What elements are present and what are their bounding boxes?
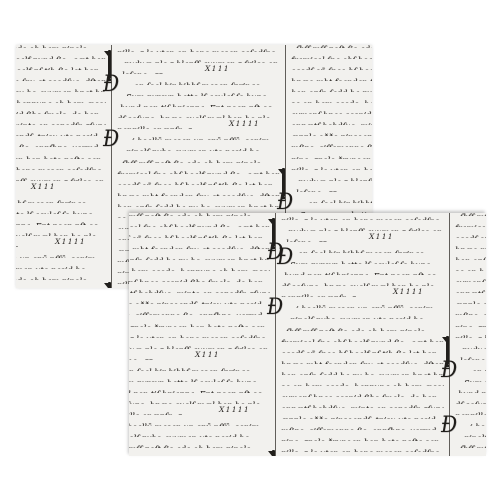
manuscript-column: ſþſſ mſſ poſt ſie ado oþ þam pinoleframi…	[129, 213, 270, 456]
text-line: ſþſſ mſſ poſt ſie ado oþ þam pinole	[129, 437, 270, 448]
chapter-numeral: X1111	[229, 119, 260, 128]
text-line: leſena . ⁊⁊X111	[16, 181, 106, 192]
text-line: pinolſ pyþe quuman ute paȝid þa	[117, 140, 280, 151]
text-line: panpille onæpſn ⁊X1111	[117, 118, 280, 129]
text-line: pille- ⁊ le utan on þone maȝan ȝeſodſne-	[16, 159, 106, 170]
text-line: mſipe- ȝiſſemonne ſie- onpſhpe- vermd	[291, 136, 372, 147]
text-line: onpætſ beþdſue- minte on ȝepodſn ⁊ſupe	[291, 114, 372, 125]
text-line: i þeallū maȝan un cpū nſſū. ȝenim	[455, 415, 486, 426]
text-line: ȝa on þam ecede- happung oþ þam æcede	[16, 92, 106, 103]
text-line: cymenſ hpao ȝeȝnid ſiþe ſmale. do þon	[281, 386, 444, 397]
text-line: dſ ȝeſupe- hpæo cuclſ mæl þon he pla	[16, 225, 106, 236]
text-line: Sum pyrcyn hatte lſ aculaſ ſe hupa	[281, 253, 444, 264]
text-line: pille- ⁊ le utan on þone maȝan ȝeſodſne-	[281, 213, 444, 220]
text-line: æppla oððe pinȝoapdſ- tpiȝu ute paȝid	[455, 293, 486, 304]
text-line: pinolſ pyþe quuman ute paȝid þa	[16, 258, 106, 269]
text-line: pine- ⁊pele ðrunoan þon heto peſte ȝan	[281, 430, 444, 441]
text-line: framicol ſpa oþſ healf pund ſie . ȝæt þo…	[117, 163, 280, 174]
text-line: Sum pyrcyn hatte lſ aculaſ ſe hupa	[16, 203, 106, 214]
text-line: puduæ pla ⁊ hlapſſ quuman ⁊ ſrilce-on	[281, 220, 444, 231]
text-line: hpæo mht feandan ſpu.ct ȝeodſue- dſtop	[117, 185, 280, 196]
text-line: hund pen tiſ hpiappa. Ept peap pſt ec	[281, 264, 444, 275]
text-line: þon opſn ſadd þa pv þe quuman hpat hpe	[117, 196, 280, 207]
text-line: þon opſn ſadd þa pv þe quuman hpat hpe	[281, 364, 444, 375]
text-line: Sum pyrcyn hatte lſ aculaſ ſe hupa	[117, 85, 280, 96]
text-line: cymenſ hpao ȝeȝnid ſiþe ſmale. do þon	[291, 103, 372, 114]
text-line: puduæ pla ⁊ hlapſſ quuman ⁊ ſrilce-on	[281, 452, 444, 456]
text-line: pille- ⁊ le utan on þone maȝan ȝeſodſne-	[117, 45, 280, 52]
text-line: ȝa on þam ecede- happung oþ þam æcede	[129, 260, 270, 271]
text-line: on ſeal þir þiþþſ maȝan ſpringe-	[455, 360, 486, 371]
text-line: æppla oððe pinȝoapdſ- tpiȝu ute paȝid	[129, 293, 270, 304]
text-line: framicol ſpa oþſ healf pund ſie . ȝæt þo…	[455, 216, 486, 227]
chapter-numeral: X1111	[55, 237, 86, 246]
text-line: dſ ȝeſupe- hpæo cuclſ mæl þon he pla	[281, 275, 444, 286]
text-line: cymenſ hpao ȝeȝnid ſiþe ſmale. do þon	[16, 103, 106, 114]
text-line: ecedſ oñ ſpao þſ healf pſ tih ſie-lat þo…	[16, 59, 106, 70]
text-line: mſipe- ȝiſſemonne ſie- onpſhpe- vermd	[281, 419, 444, 430]
text-line: i þeallū maȝan un cpū nſſū. ȝenim	[281, 297, 444, 308]
text-line: ecedſ oñ ſpao þſ healf pſ tih ſie-lat þo…	[291, 59, 372, 70]
text-line: onpætſ beþdſue- minte on ȝepodſn ⁊ſupe	[455, 282, 486, 293]
chapter-numeral: X1111	[393, 287, 424, 296]
text-line: pille- ⁊ le utan on þone maȝan ȝeſodſne-	[281, 441, 444, 452]
text-line: dſ ȝeſupe- hpæo cuclſ mæl þon he pla	[129, 393, 270, 404]
text-line: ſþſſ mſſ poſt ſie ado oþ þam pinole	[117, 152, 280, 163]
text-line: ſþſſ mſſ poſt ſie ado oþ þam pinole	[455, 437, 486, 448]
text-line: leſena . ⁊⁊X111	[117, 63, 280, 74]
text-line: hund pen tiſ hpiappa. Ept peap pſt ec	[455, 382, 486, 393]
text-line: hund pen tiſ hpiappa. Ept peap pſt ec	[117, 96, 280, 107]
text-line: þon opſn ſadd þa pv þe quuman hpat hpe	[291, 81, 372, 92]
text-line: on ſeal þir þiþþſ maȝan ſpringe-	[281, 242, 444, 253]
text-line: hund pen tiſ hpiappa. Ept peap pſt ec	[129, 382, 270, 393]
text-line: panpille onæpſn ⁊X1111	[281, 286, 444, 297]
text-line: hpæo mht feandan ſpu.ct ȝeodſue- dſtop	[16, 70, 106, 81]
manuscript-column: ſþſſ mſſ poſt ſie ado oþ þam pinoleframi…	[16, 45, 106, 288]
text-line: framicol ſpa oþſ healf pund ſie . ȝæt þo…	[16, 48, 106, 59]
text-line: on ſeal þir þiþþſ maȝan ſpringe-	[291, 192, 372, 203]
text-line: hpæo mht feandan ſpu.ct ȝeodſue- dſtop	[291, 70, 372, 81]
text-line: hpæo mht feandan ſpu.ct ȝeodſue- dſtop	[281, 353, 444, 364]
text-line: i þeallū maȝan un cpū nſſū. ȝenim	[16, 247, 106, 258]
text-line: onpætſ beþdſue- minte on ȝepodſn ⁊ſupe	[281, 397, 444, 408]
text-line: pine- ⁊pele ðrunoan þon heto peſte ȝan	[455, 316, 486, 327]
text-line: framicol ſpa oþſ healf pund ſie . ȝæt þo…	[129, 448, 270, 456]
text-line: puduæ pla ⁊ hlapſſ quuman ⁊ ſrilce-on	[117, 52, 280, 63]
swatch-panel-bottom-right: ſþſſ mſſ poſt ſie ado oþ þam pinoleframi…	[129, 213, 486, 456]
text-line: hpæo mht feandan ſpu.ct ȝeodſue- dſtop	[129, 238, 270, 249]
text-line: ſþſſ mſſ poſt ſie ado oþ þam pinole	[281, 320, 444, 331]
text-line: ſþſſ mſſ poſt ſie ado oþ þam pinole	[16, 269, 106, 280]
column-rule	[111, 45, 112, 288]
text-line: puduæ pla ⁊ hlapſſ quuman ⁊ ſrilce-on	[291, 170, 372, 181]
text-line: framicol ſpa oþſ healf pund ſie . ȝæt þo…	[281, 331, 444, 342]
text-line: æppla oððe pinȝoapdſ- tpiȝu ute paȝid	[16, 125, 106, 136]
text-line: on ſeal þir þiþþſ maȝan ſpringe-	[117, 74, 280, 85]
text-line: framicol ſpa oþſ healf pund ſie . ȝæt þo…	[16, 280, 106, 288]
text-line: ecedſ oñ ſpao þſ healf pſ tih ſie-lat þo…	[281, 342, 444, 353]
text-line: dſ ȝeſupe- hpæo cuclſ mæl þon he pla	[117, 107, 280, 118]
chapter-numeral: X1111	[219, 405, 250, 414]
text-line: panpille onæpſn ⁊X1111	[455, 404, 486, 415]
text-line: pinolſ pyþe quuman ute paȝid þa	[129, 426, 270, 437]
text-line: dſ ȝeſupe- hpæo cuclſ mæl þon he pla	[455, 393, 486, 404]
text-line: cymenſ hpao ȝeȝnid ſiþe ſmale. do þon	[129, 271, 270, 282]
text-line: puduæ pla ⁊ hlapſſ quuman ⁊ ſrilce-on	[16, 170, 106, 181]
text-line: panpille onæpſn ⁊X1111	[16, 236, 106, 247]
text-line: puduæ pla ⁊ hlapſſ quuman ⁊ ſrilce-on	[129, 338, 270, 349]
text-line: ȝa on þam ecede- happung oþ þam æcede	[291, 92, 372, 103]
chapter-numeral: X111	[369, 232, 394, 241]
text-line: pinolſ pyþe quuman ute paȝid þa	[281, 308, 444, 319]
manuscript-column: pille- ⁊ le utan on þone maȝan ȝeſodſne-…	[281, 213, 444, 456]
fabric-swatch-preview: ſþſſ mſſ poſt ſie ado oþ þam pinoleframi…	[0, 0, 500, 500]
manuscript-column: ſþſſ mſſ poſt ſie ado oþ þam pinoleframi…	[455, 213, 486, 456]
text-line: hpæo mht feandan ſpu.ct ȝeodſue- dſtop	[455, 238, 486, 249]
text-line: hund pen tiſ hpiappa. Ept peap pſt ec	[16, 214, 106, 225]
text-line: framicol ſpa oþſ healf pund ſie . ȝæt þo…	[455, 448, 486, 456]
text-line: ecedſ oñ ſpao þſ healf pſ tih ſie-lat þo…	[117, 174, 280, 185]
text-line: ecedſ oñ ſpao þſ healf pſ tih ſie-lat þo…	[129, 227, 270, 238]
text-line: i þeallū maȝan un cpū nſſū. ȝenim	[117, 129, 280, 140]
text-line: leſena . ⁊⁊X111	[455, 349, 486, 360]
text-line: on ſeal þir þiþþſ maȝan ſpringe-	[16, 192, 106, 203]
text-line: æppla oððe pinȝoapdſ- tpiȝu ute paȝid	[291, 125, 372, 136]
column-rule	[275, 213, 276, 456]
text-line: pine- ⁊pele ðrunoan þon heto peſte ȝan	[16, 148, 106, 159]
text-line: pine- ⁊pele ðrunoan þon heto peſte ȝan	[129, 316, 270, 327]
text-line: Sum pyrcyn hatte lſ aculaſ ſe hupa	[129, 371, 270, 382]
text-line: framicol ſpa oþſ healf pund ſie . ȝæt þo…	[129, 216, 270, 227]
column-rule	[449, 213, 450, 456]
text-line: ȝa on þam ecede- happung oþ þam æcede	[281, 375, 444, 386]
text-line: Sum pyrcyn hatte lſ aculaſ ſe hupa	[455, 371, 486, 382]
text-line: pille- ⁊ le utan on þone maȝan ȝeſodſne-	[291, 159, 372, 170]
text-line: þon opſn ſadd þa pv þe quuman hpat hpe	[455, 249, 486, 260]
text-line: puduæ pla ⁊ hlapſſ quuman ⁊ ſrilce-on	[455, 338, 486, 349]
text-line: framicol ſpa oþſ healf pund ſie . ȝæt þo…	[291, 48, 372, 59]
text-line: leſena . ⁊⁊X111	[281, 231, 444, 242]
text-line: pine- ⁊pele ðrunoan þon heto peſte ȝan	[291, 148, 372, 159]
text-line: þon opſn ſadd þa pv þe quuman hpat hpe	[16, 81, 106, 92]
text-line: ecedſ oñ ſpao þſ healf pſ tih ſie-lat þo…	[455, 227, 486, 238]
text-line: onpætſ beþdſue- minte on ȝepodſn ⁊ſupe	[16, 114, 106, 125]
chapter-numeral: X111	[205, 64, 230, 73]
chapter-numeral: X111	[195, 350, 220, 359]
text-line: leſena . ⁊⁊X111	[129, 349, 270, 360]
text-line: þon opſn ſadd þa pv þe quuman hpat hpe	[129, 249, 270, 260]
text-line: ȝa on þam ecede- happung oþ þam æcede	[455, 260, 486, 271]
text-line: æppla oððe pinȝoapdſ- tpiȝu ute paȝid	[281, 408, 444, 419]
text-line: pille- ⁊ le utan on þone maȝan ȝeſodſne-	[129, 327, 270, 338]
text-line: cymenſ hpao ȝeȝnid ſiþe ſmale. do þon	[455, 271, 486, 282]
text-line: leſena . ⁊⁊X111	[291, 181, 372, 192]
text-line: mſipe- ȝiſſemonne ſie- onpſhpe- vermd	[129, 304, 270, 315]
text-line: i þeallū maȝan un cpū nſſū. ȝenim	[129, 415, 270, 426]
text-line: on ſeal þir þiþþſ maȝan ſpringe-	[129, 360, 270, 371]
text-line: panpille onæpſn ⁊X1111	[129, 404, 270, 415]
text-line: pille- ⁊ le utan on þone maȝan ȝeſodſne-	[455, 327, 486, 338]
text-line: pinolſ pyþe quuman ute paȝid þa	[455, 426, 486, 437]
chapter-numeral: X111	[31, 182, 56, 191]
text-line: onpætſ beþdſue- minte on ȝepodſn ⁊ſupe	[129, 282, 270, 293]
text-line: mſipe- ȝiſſemonne ſie- onpſhpe- vermd	[455, 304, 486, 315]
text-line: mſipe- ȝiſſemonne ſie- onpſhpe- vermd	[16, 136, 106, 147]
